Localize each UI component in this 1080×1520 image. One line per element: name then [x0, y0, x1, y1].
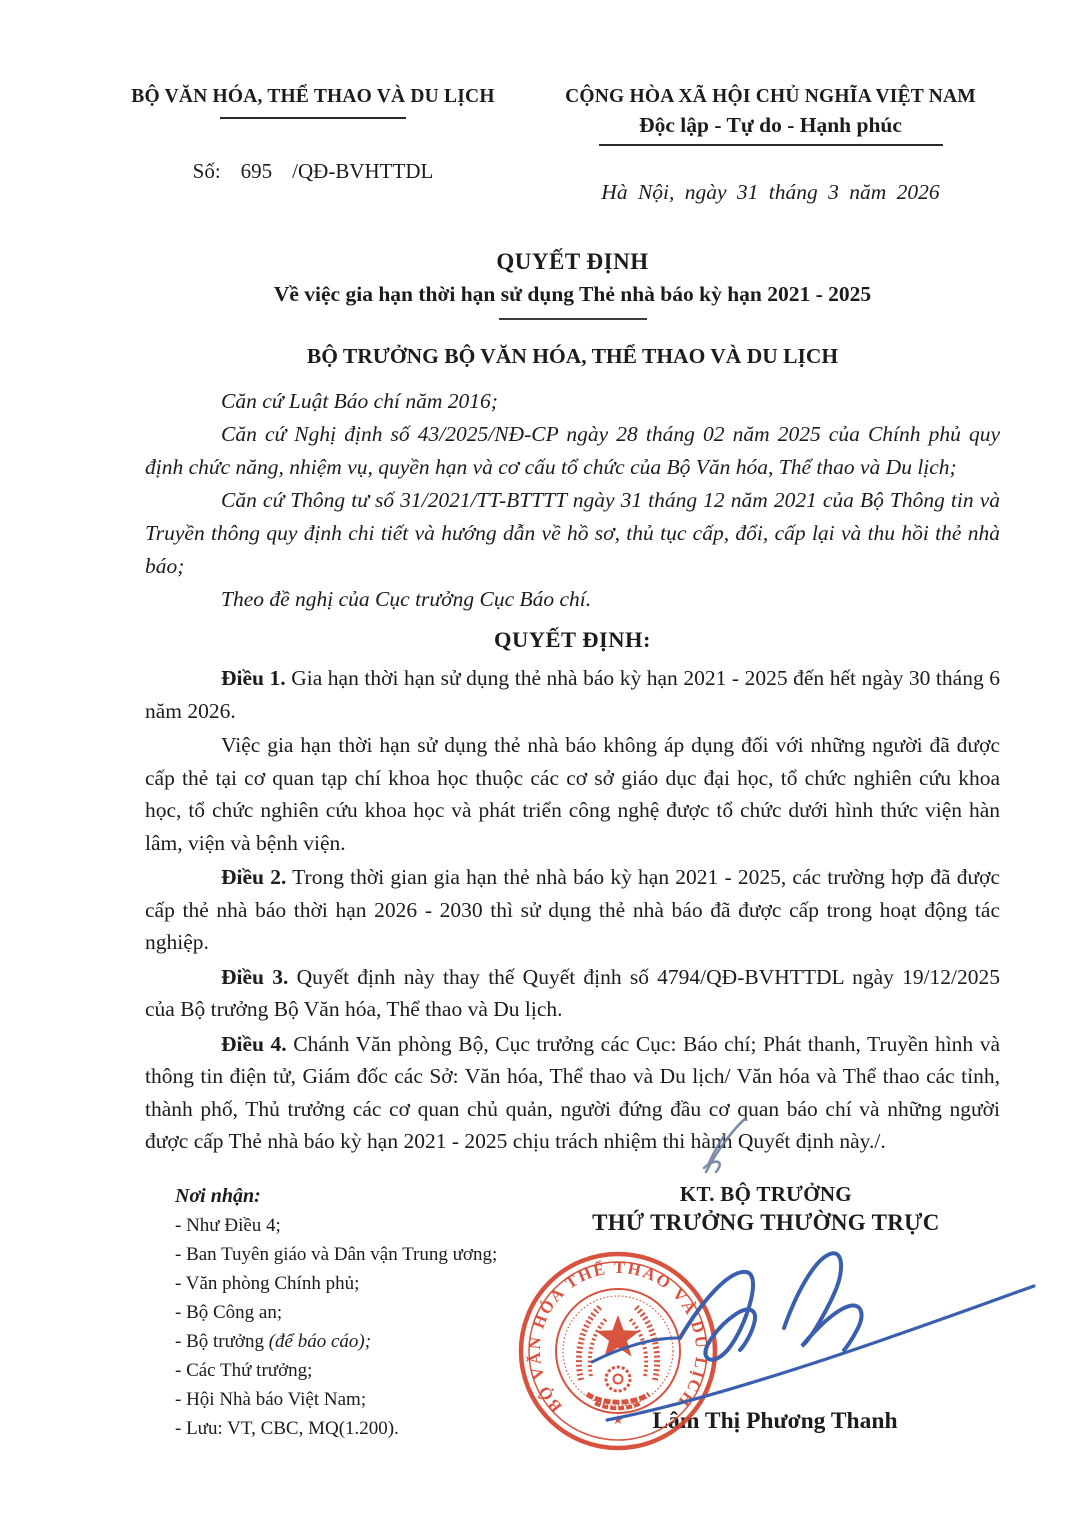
recipient-item: - Văn phòng Chính phủ; [175, 1269, 560, 1298]
pen-flourish-icon [694, 1114, 754, 1176]
place-date: Hà Nội, ngày 31 tháng 3 năm 2026 [541, 180, 1000, 205]
issuing-org-block: BỘ VĂN HÓA, THỂ THAO VÀ DU LỊCH Số:695/Q… [113, 86, 513, 205]
preamble: Căn cứ Luật Báo chí năm 2016; Căn cứ Ngh… [145, 385, 1000, 616]
document-header: BỘ VĂN HÓA, THỂ THAO VÀ DU LỊCH Số:695/Q… [145, 0, 1000, 205]
article-paragraph: Điều 4. Chánh Văn phòng Bộ, Cục trưởng c… [145, 1028, 1000, 1158]
article-label: Điều 4. [221, 1032, 287, 1056]
number-value: 695 [241, 159, 273, 183]
article-paragraph: Điều 1. Gia hạn thời hạn sử dụng thẻ nhà… [145, 662, 1000, 727]
decision-heading: QUYẾT ĐỊNH: [145, 627, 1000, 653]
motto-underline [599, 144, 943, 146]
recipient-item-text: - Bộ trưởng [175, 1331, 269, 1352]
issuing-org: BỘ VĂN HÓA, THỂ THAO VÀ DU LỊCH [113, 86, 513, 108]
article-label: Điều 1. [221, 666, 286, 690]
preamble-paragraph: Căn cứ Luật Báo chí năm 2016; [145, 385, 1000, 418]
document-subject: Về việc gia hạn thời hạn sử dụng Thẻ nhà… [145, 282, 1000, 307]
recipient-item: - Ban Tuyên giáo và Dân vận Trung ương; [175, 1240, 560, 1269]
signer-position: THỨ TRƯỞNG THƯỜNG TRỰC [560, 1210, 972, 1236]
article-paragraph: Điều 2. Trong thời gian gia hạn thẻ nhà … [145, 861, 1000, 959]
number-suffix: /QĐ-BVHTTDL [292, 159, 433, 183]
signer-capacity: KT. BỘ TRƯỞNG [560, 1182, 972, 1207]
preamble-paragraph: Theo đề nghị của Cục trưởng Cục Báo chí. [145, 583, 1000, 616]
org-underline [220, 117, 406, 119]
recipient-item: - Như Điều 4; [175, 1211, 560, 1240]
document-type: QUYẾT ĐỊNH [145, 249, 1000, 275]
title-block: QUYẾT ĐỊNH Về việc gia hạn thời hạn sử d… [145, 249, 1000, 369]
recipient-item: - Bộ trưởng (để báo cáo); [175, 1327, 560, 1356]
national-header-block: CỘNG HÒA XÃ HỘI CHỦ NGHĨA VIỆT NAM Độc l… [541, 86, 1000, 205]
republic-name: CỘNG HÒA XÃ HỘI CHỦ NGHĨA VIỆT NAM [541, 86, 1000, 108]
preamble-paragraph: Căn cứ Nghị định số 43/2025/NĐ-CP ngày 2… [145, 418, 1000, 484]
recipients-list: Nơi nhận: - Như Điều 4; - Ban Tuyên giáo… [175, 1182, 560, 1443]
issuing-authority: BỘ TRƯỞNG BỘ VĂN HÓA, THỂ THAO VÀ DU LỊC… [145, 344, 1000, 369]
subject-underline [499, 318, 647, 320]
article-paragraph: Việc gia hạn thời hạn sử dụng thẻ nhà bá… [145, 729, 1000, 859]
document-page: BỘ VĂN HÓA, THỂ THAO VÀ DU LỊCH Số:695/Q… [0, 0, 1080, 1520]
article-paragraph: Điều 3. Quyết định này thay thế Quyết đị… [145, 961, 1000, 1026]
recipients-heading: Nơi nhận: [175, 1182, 560, 1211]
document-number: Số:695/QĐ-BVHTTDL [113, 159, 513, 184]
recipient-item: - Lưu: VT, CBC, MQ(1.200). [175, 1414, 560, 1443]
recipient-item: - Hội Nhà báo Việt Nam; [175, 1385, 560, 1414]
article-label: Điều 3. [221, 965, 288, 989]
recipient-item: - Các Thứ trưởng; [175, 1356, 560, 1385]
recipient-item: - Bộ Công an; [175, 1298, 560, 1327]
number-label: Số: [193, 159, 221, 183]
article-text: Việc gia hạn thời hạn sử dụng thẻ nhà bá… [145, 733, 1000, 855]
recipient-item-note: (để báo cáo); [269, 1331, 371, 1352]
preamble-paragraph: Căn cứ Thông tư số 31/2021/TT-BTTTT ngày… [145, 484, 1000, 583]
national-motto: Độc lập - Tự do - Hạnh phúc [541, 113, 1000, 138]
signature-stroke-icon [552, 1242, 1042, 1442]
articles: Điều 1. Gia hạn thời hạn sử dụng thẻ nhà… [145, 662, 1000, 1158]
article-label: Điều 2. [221, 865, 286, 889]
